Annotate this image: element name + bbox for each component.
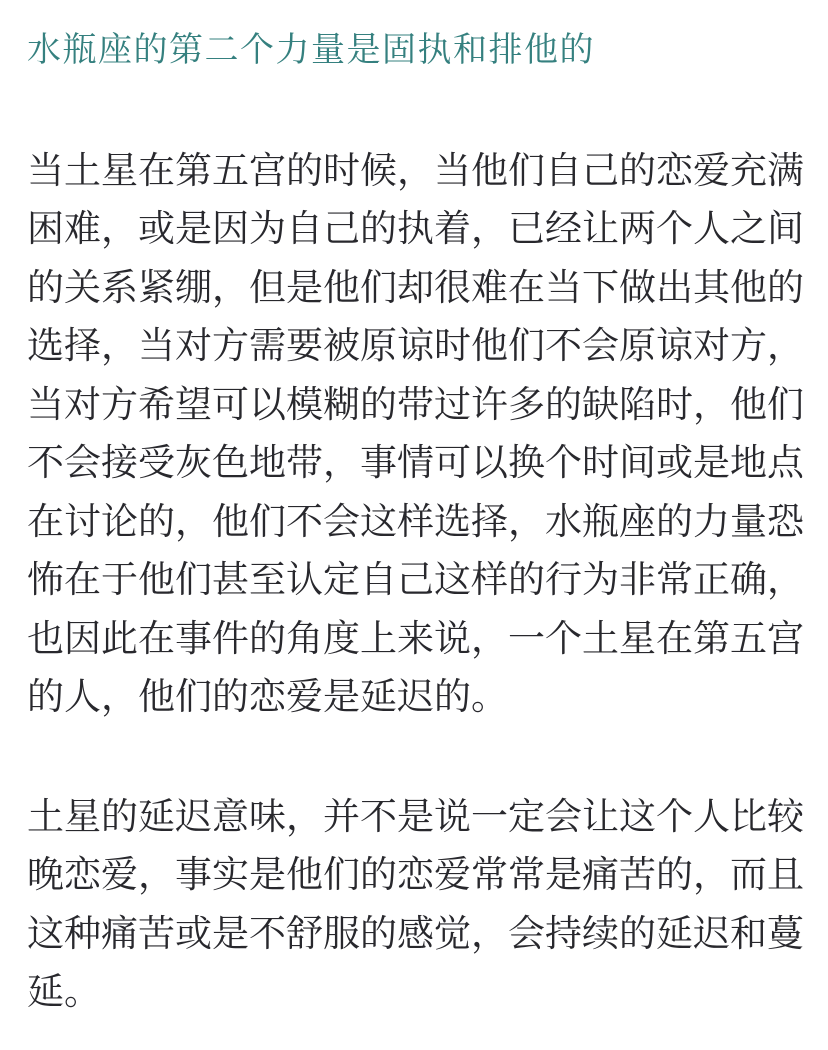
article: 水瓶座的第二个力量是固执和排他的 当土星在第五宫的时候，当他们自己的恋爱充满困难…: [0, 0, 828, 1022]
paragraph-saturn-delay: 土星的延迟意味，并不是说一定会让这个人比较晚恋爱，事实是他们的恋爱常常是痛苦的，…: [27, 788, 804, 1022]
page-title: 水瓶座的第二个力量是固执和排他的: [27, 30, 804, 71]
paragraph-saturn-fifth-house: 当土星在第五宫的时候，当他们自己的恋爱充满困难，或是因为自己的执着，已经让两个人…: [27, 142, 804, 727]
